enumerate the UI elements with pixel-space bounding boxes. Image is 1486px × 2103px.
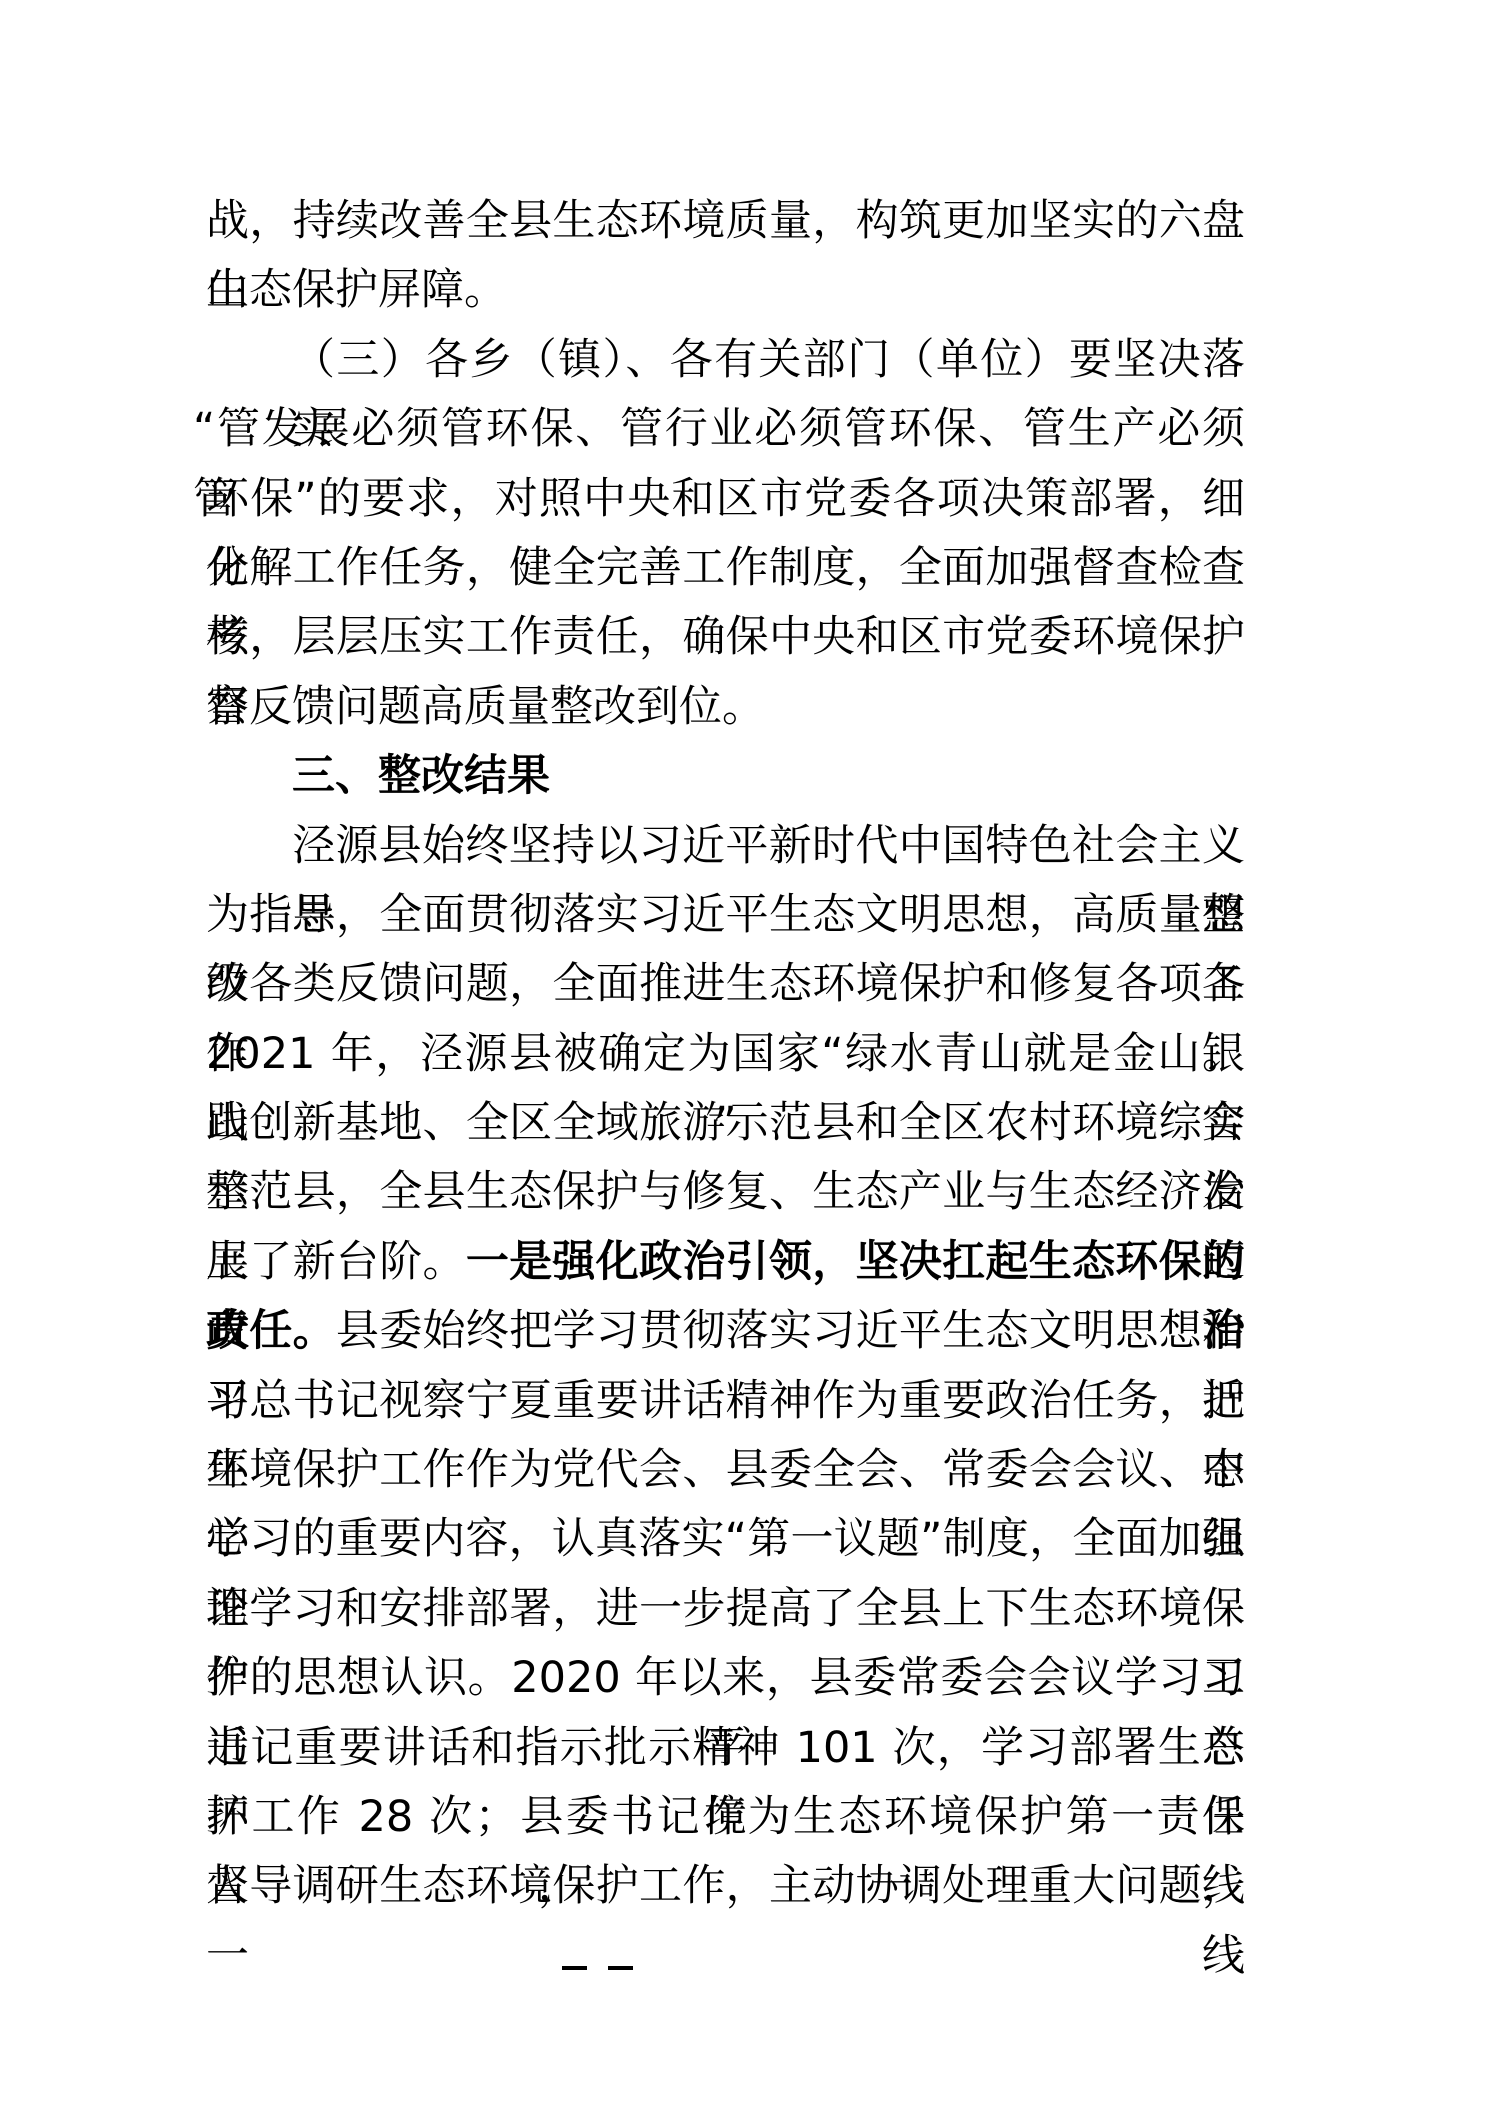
text-line: （三）各乡（镇）、各有关部门（单位）要坚决落实 — [206, 326, 1245, 395]
text-line: 分解工作任务，健全完善工作制度，全面加强督查检查考 — [206, 534, 1245, 603]
text-line: 学习的重要内容，认真落实“第一议题”制度，全面加强理 — [206, 1505, 1245, 1574]
text-line: 论学习和安排部署，进一步提高了全县上下生态环境保护工 — [206, 1575, 1245, 1644]
bold-text-run: 责任。 — [206, 1306, 336, 1356]
text-run: 上了新台阶。 — [206, 1237, 466, 1287]
text-run: 督导调研生态环境保护工作，主动协调处理重大问题，一线 — [206, 1861, 1245, 1980]
text-line: 生态保护屏障。 — [206, 256, 1245, 325]
text-line: 2021 年，泾源县被确定为国家“绿水青山就是金山银山”实 — [206, 1020, 1245, 1089]
text-line: “管发展必须管环保、管行业必须管环保、管生产必须管 — [193, 395, 1245, 464]
text-line: 为指导，全面贯彻落实习近平生态文明思想，高质量整改各 — [206, 881, 1245, 950]
text-line: 泾源县始终坚持以习近平新时代中国特色社会主义思想 — [206, 812, 1245, 881]
text-line: 环保”的要求，对照中央和区市党委各项决策部署，细化 — [206, 465, 1245, 534]
document-body: 战，持续改善全县生态环境质量，构筑更加坚实的六盘山生态保护屏障。（三）各乡（镇）… — [206, 187, 1245, 1922]
text-line: 上了新台阶。一是强化政治引领，坚决扛起生态环保的政治 — [206, 1228, 1245, 1297]
text-line: 环境保护工作作为党代会、县委全会、常委会会议、中心组 — [206, 1436, 1245, 1505]
text-line: 作的思想认识。2020 年以来，县委常委会会议学习习近平总 — [206, 1644, 1245, 1713]
page-number-dash-left — [562, 1966, 587, 1970]
text-line: 督导调研生态环境保护工作，主动协调处理重大问题，一线 — [206, 1852, 1245, 1921]
text-line: 示范县，全县生态保护与修复、生态产业与生态经济发展迈 — [206, 1158, 1245, 1227]
text-line: 责任。县委始终把学习贯彻落实习近平生态文明思想和习近 — [206, 1297, 1245, 1366]
bold-text-run: 三、整改结果 — [292, 751, 550, 801]
text-line: 平总书记视察宁夏重要讲话精神作为重要政治任务，把生态 — [206, 1367, 1245, 1436]
page-number-dash-right — [608, 1966, 633, 1970]
page-number-marker — [562, 1966, 633, 1970]
text-line: 级各类反馈问题，全面推进生态环境保护和修复各项工作。 — [206, 950, 1245, 1019]
text-line: 核，层层压实工作责任，确保中央和区市党委环境保护督 — [206, 603, 1245, 672]
text-run: 察反馈问题高质量整改到位。 — [206, 682, 765, 732]
text-line: 护工作 28 次；县委书记作为生态环境保护第一责任人，一线 — [206, 1783, 1245, 1852]
text-line: 战，持续改善全县生态环境质量，构筑更加坚实的六盘山 — [206, 187, 1245, 256]
document-page: 战，持续改善全县生态环境质量，构筑更加坚实的六盘山生态保护屏障。（三）各乡（镇）… — [0, 0, 1486, 2103]
text-line: 三、整改结果 — [206, 742, 1245, 811]
text-line: 践创新基地、全区全域旅游示范县和全区农村环境综合整治 — [206, 1089, 1245, 1158]
text-line: 书记重要讲话和指示批示精神 101 次，学习部署生态环境保 — [206, 1714, 1245, 1783]
text-line: 察反馈问题高质量整改到位。 — [206, 673, 1245, 742]
text-run: 生态保护屏障。 — [206, 265, 507, 315]
